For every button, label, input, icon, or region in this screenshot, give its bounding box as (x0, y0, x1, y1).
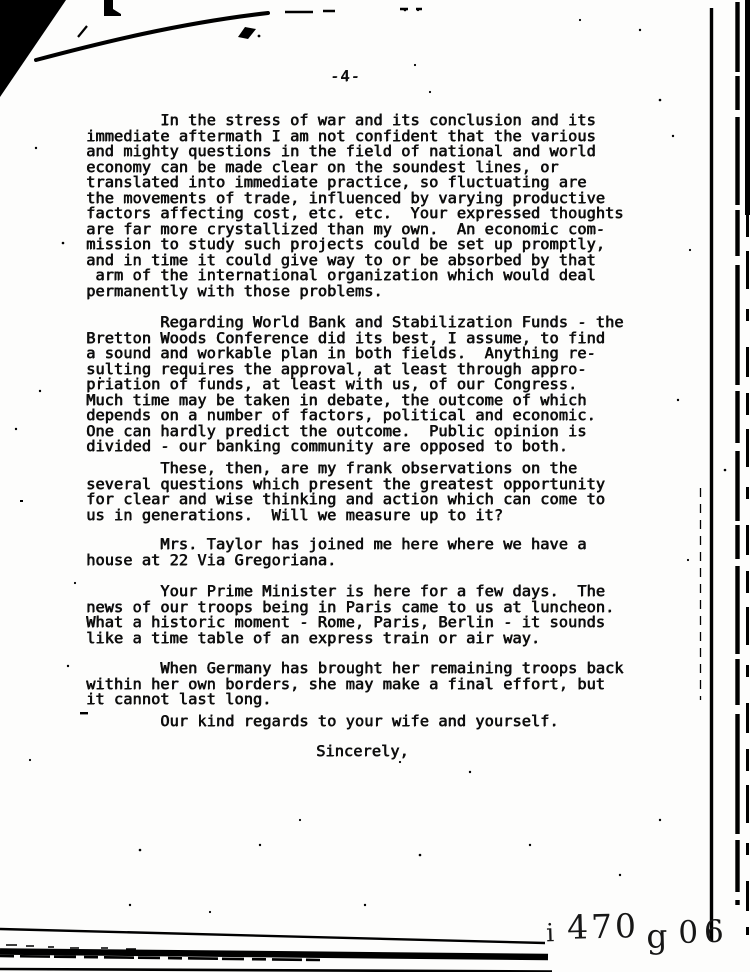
crease-tick (78, 26, 87, 37)
ink-blob (238, 27, 256, 39)
annotation-part-i: i (546, 918, 555, 947)
paragraph-prime-minister: Your Prime Minister is here for a few da… (86, 584, 614, 646)
crease-line (36, 13, 268, 60)
crease-line-dashes (285, 9, 422, 12)
paragraph-germany-troops: When Germany has brought her remaining t… (86, 661, 623, 708)
paragraph-kind-regards: Our kind regards to your wife and yourse… (86, 714, 559, 730)
bottom-thick-line (0, 952, 548, 958)
bottom-edge-line (0, 969, 552, 972)
corner-fold-mark (0, 0, 66, 97)
paragraph-stress-of-war: In the stress of war and its conclusion … (86, 113, 623, 299)
closing-sincerely: Sincerely, (316, 744, 409, 760)
paragraph-world-bank: Regarding World Bank and Stabilization F… (86, 315, 623, 455)
bottom-thin-line-dashes (6, 945, 136, 949)
scanned-letter-page: -4- In the stress of war and its conclus… (0, 0, 750, 972)
annotation-part-g: g (646, 916, 668, 956)
paragraph-mrs-taylor: Mrs. Taylor has joined me here where we … (86, 537, 586, 568)
top-ink-blot (104, 0, 121, 16)
ink-blob-dot (258, 35, 261, 38)
handwritten-annotation: i470g06 (546, 904, 731, 948)
bottom-thin-line (0, 929, 545, 943)
bottom-thick-line-ragged (0, 956, 320, 960)
annotation-part-06: 06 (678, 914, 730, 951)
annotation-part-470: 470 (567, 906, 640, 947)
paragraph-frank-observations: These, then, are my frank observations o… (86, 461, 605, 523)
page-number: -4- (330, 69, 361, 85)
